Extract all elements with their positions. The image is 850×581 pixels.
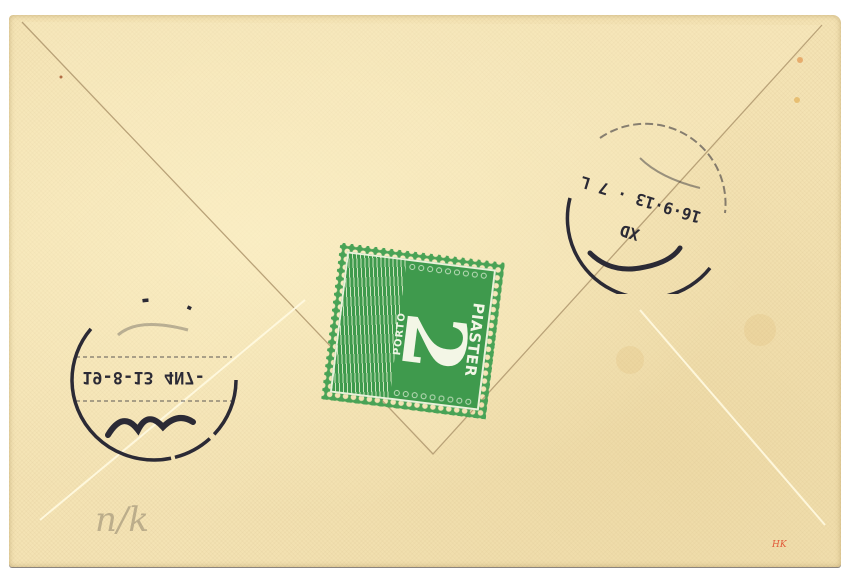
pencil-note: n/k xyxy=(95,500,149,540)
right-postmark: 16·9·13 · 7 L XD xyxy=(560,118,732,294)
left-postmark-date: 19-8-13 4N7- xyxy=(82,367,205,387)
postage-due-stamp: PORTO 2 PIASTER xyxy=(321,242,505,419)
left-postmark: 19-8-13 4N7- xyxy=(68,295,240,465)
corner-signature: HK xyxy=(772,540,787,550)
stamp-design: PORTO 2 PIASTER xyxy=(330,251,496,410)
